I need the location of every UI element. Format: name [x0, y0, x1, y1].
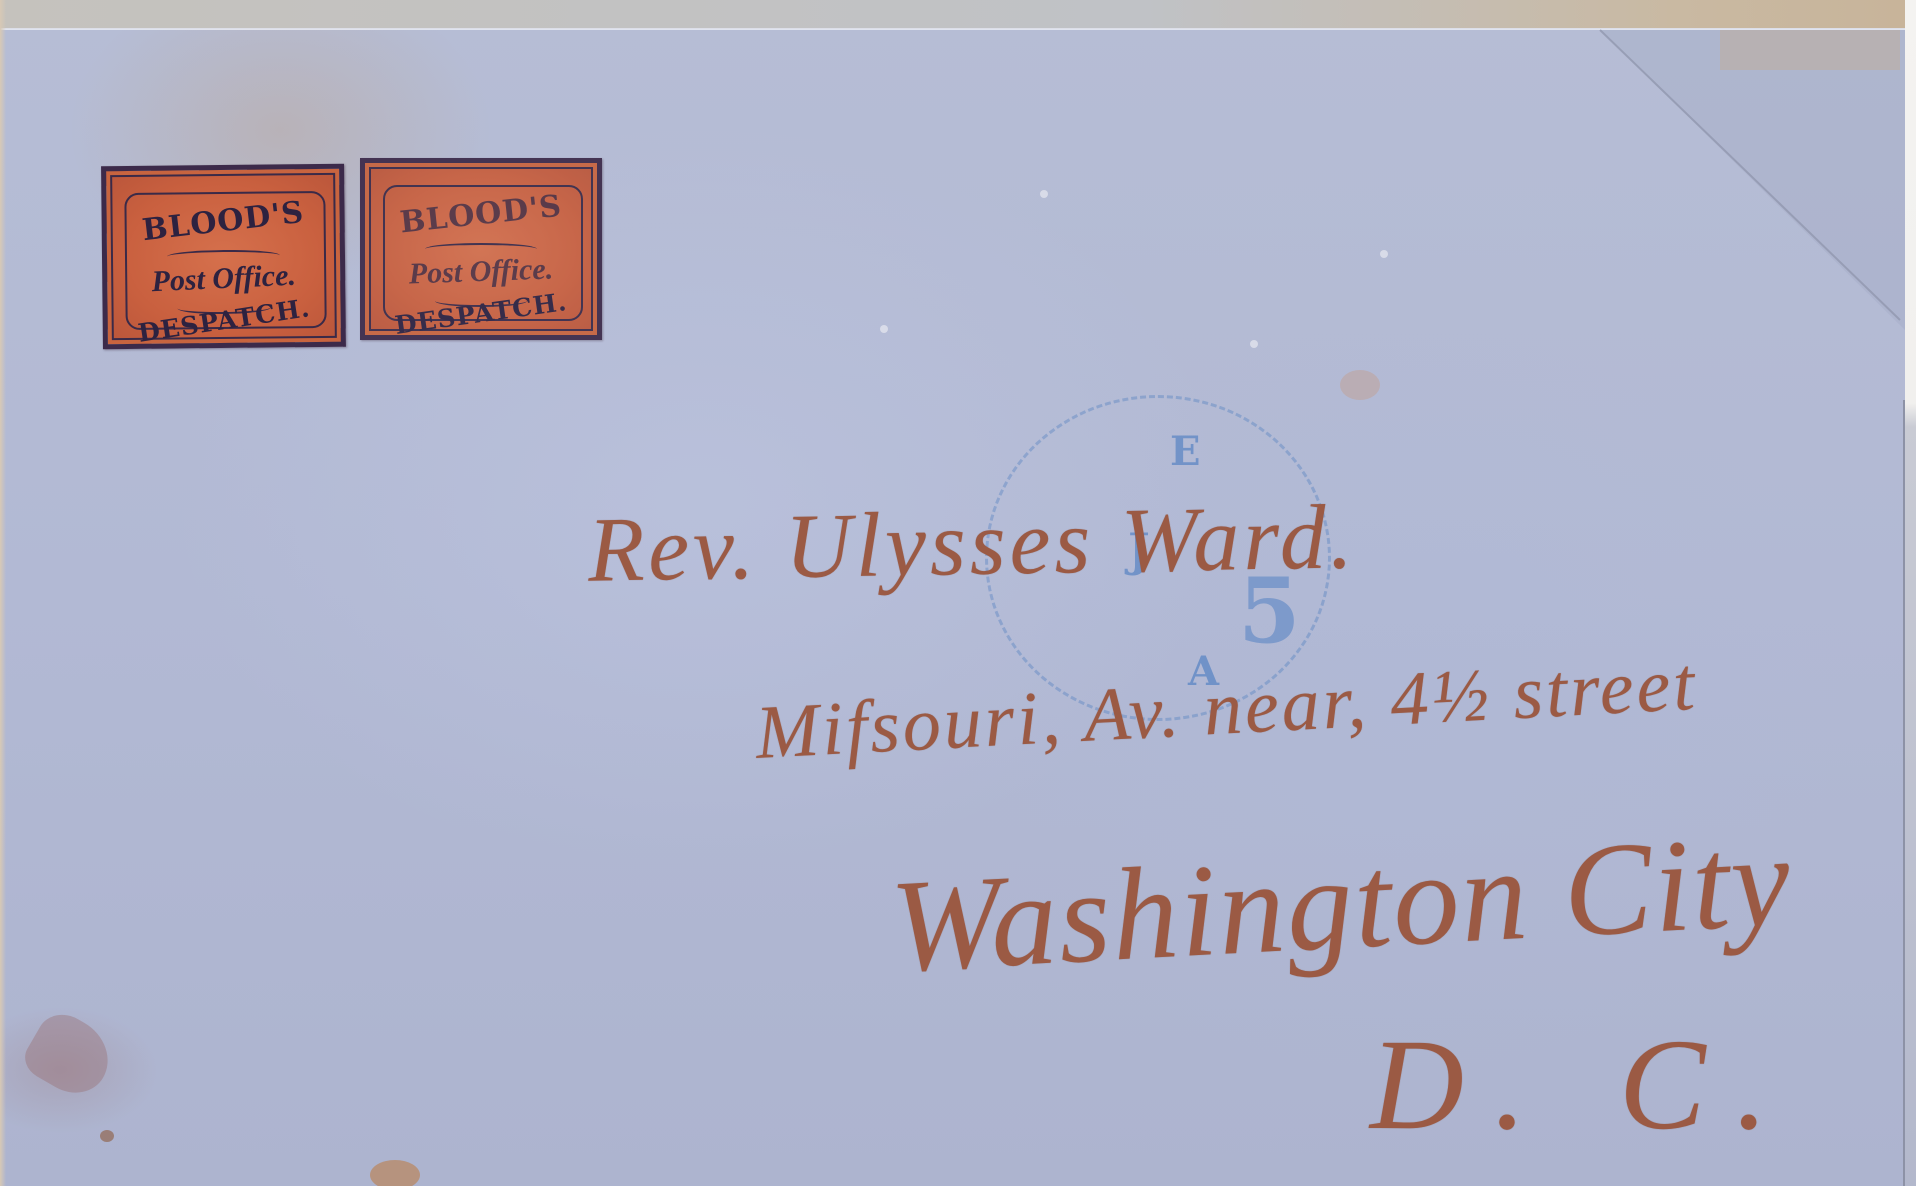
stain	[100, 1130, 114, 1142]
postmark-fragment: E	[1170, 428, 1201, 475]
paper-speck	[1380, 250, 1388, 258]
stain	[18, 1005, 122, 1106]
scan-background-edge	[1905, 0, 1916, 1186]
address-district: D. C.	[1370, 1010, 1798, 1160]
address-recipient: Rev. Ulysses Ward.	[587, 483, 1357, 602]
envelope-top-edge	[0, 0, 1905, 29]
address-city: Washington City	[887, 803, 1795, 1003]
envelope: BLOOD'S Post Office. DESPATCH. BLOOD'S P…	[0, 0, 1905, 1186]
envelope-top-crease	[0, 28, 1905, 30]
stain	[370, 1160, 420, 1186]
paper-speck	[1250, 340, 1258, 348]
paper-speck	[1040, 190, 1048, 198]
stain	[1340, 370, 1380, 400]
stamp-bloods-despatch: BLOOD'S Post Office. DESPATCH.	[360, 158, 602, 340]
stamp-bloods-despatch: BLOOD'S Post Office. DESPATCH.	[101, 164, 346, 350]
paper-speck	[880, 325, 888, 333]
envelope-right-edge	[1903, 400, 1905, 1186]
envelope-left-edge	[0, 0, 6, 1186]
